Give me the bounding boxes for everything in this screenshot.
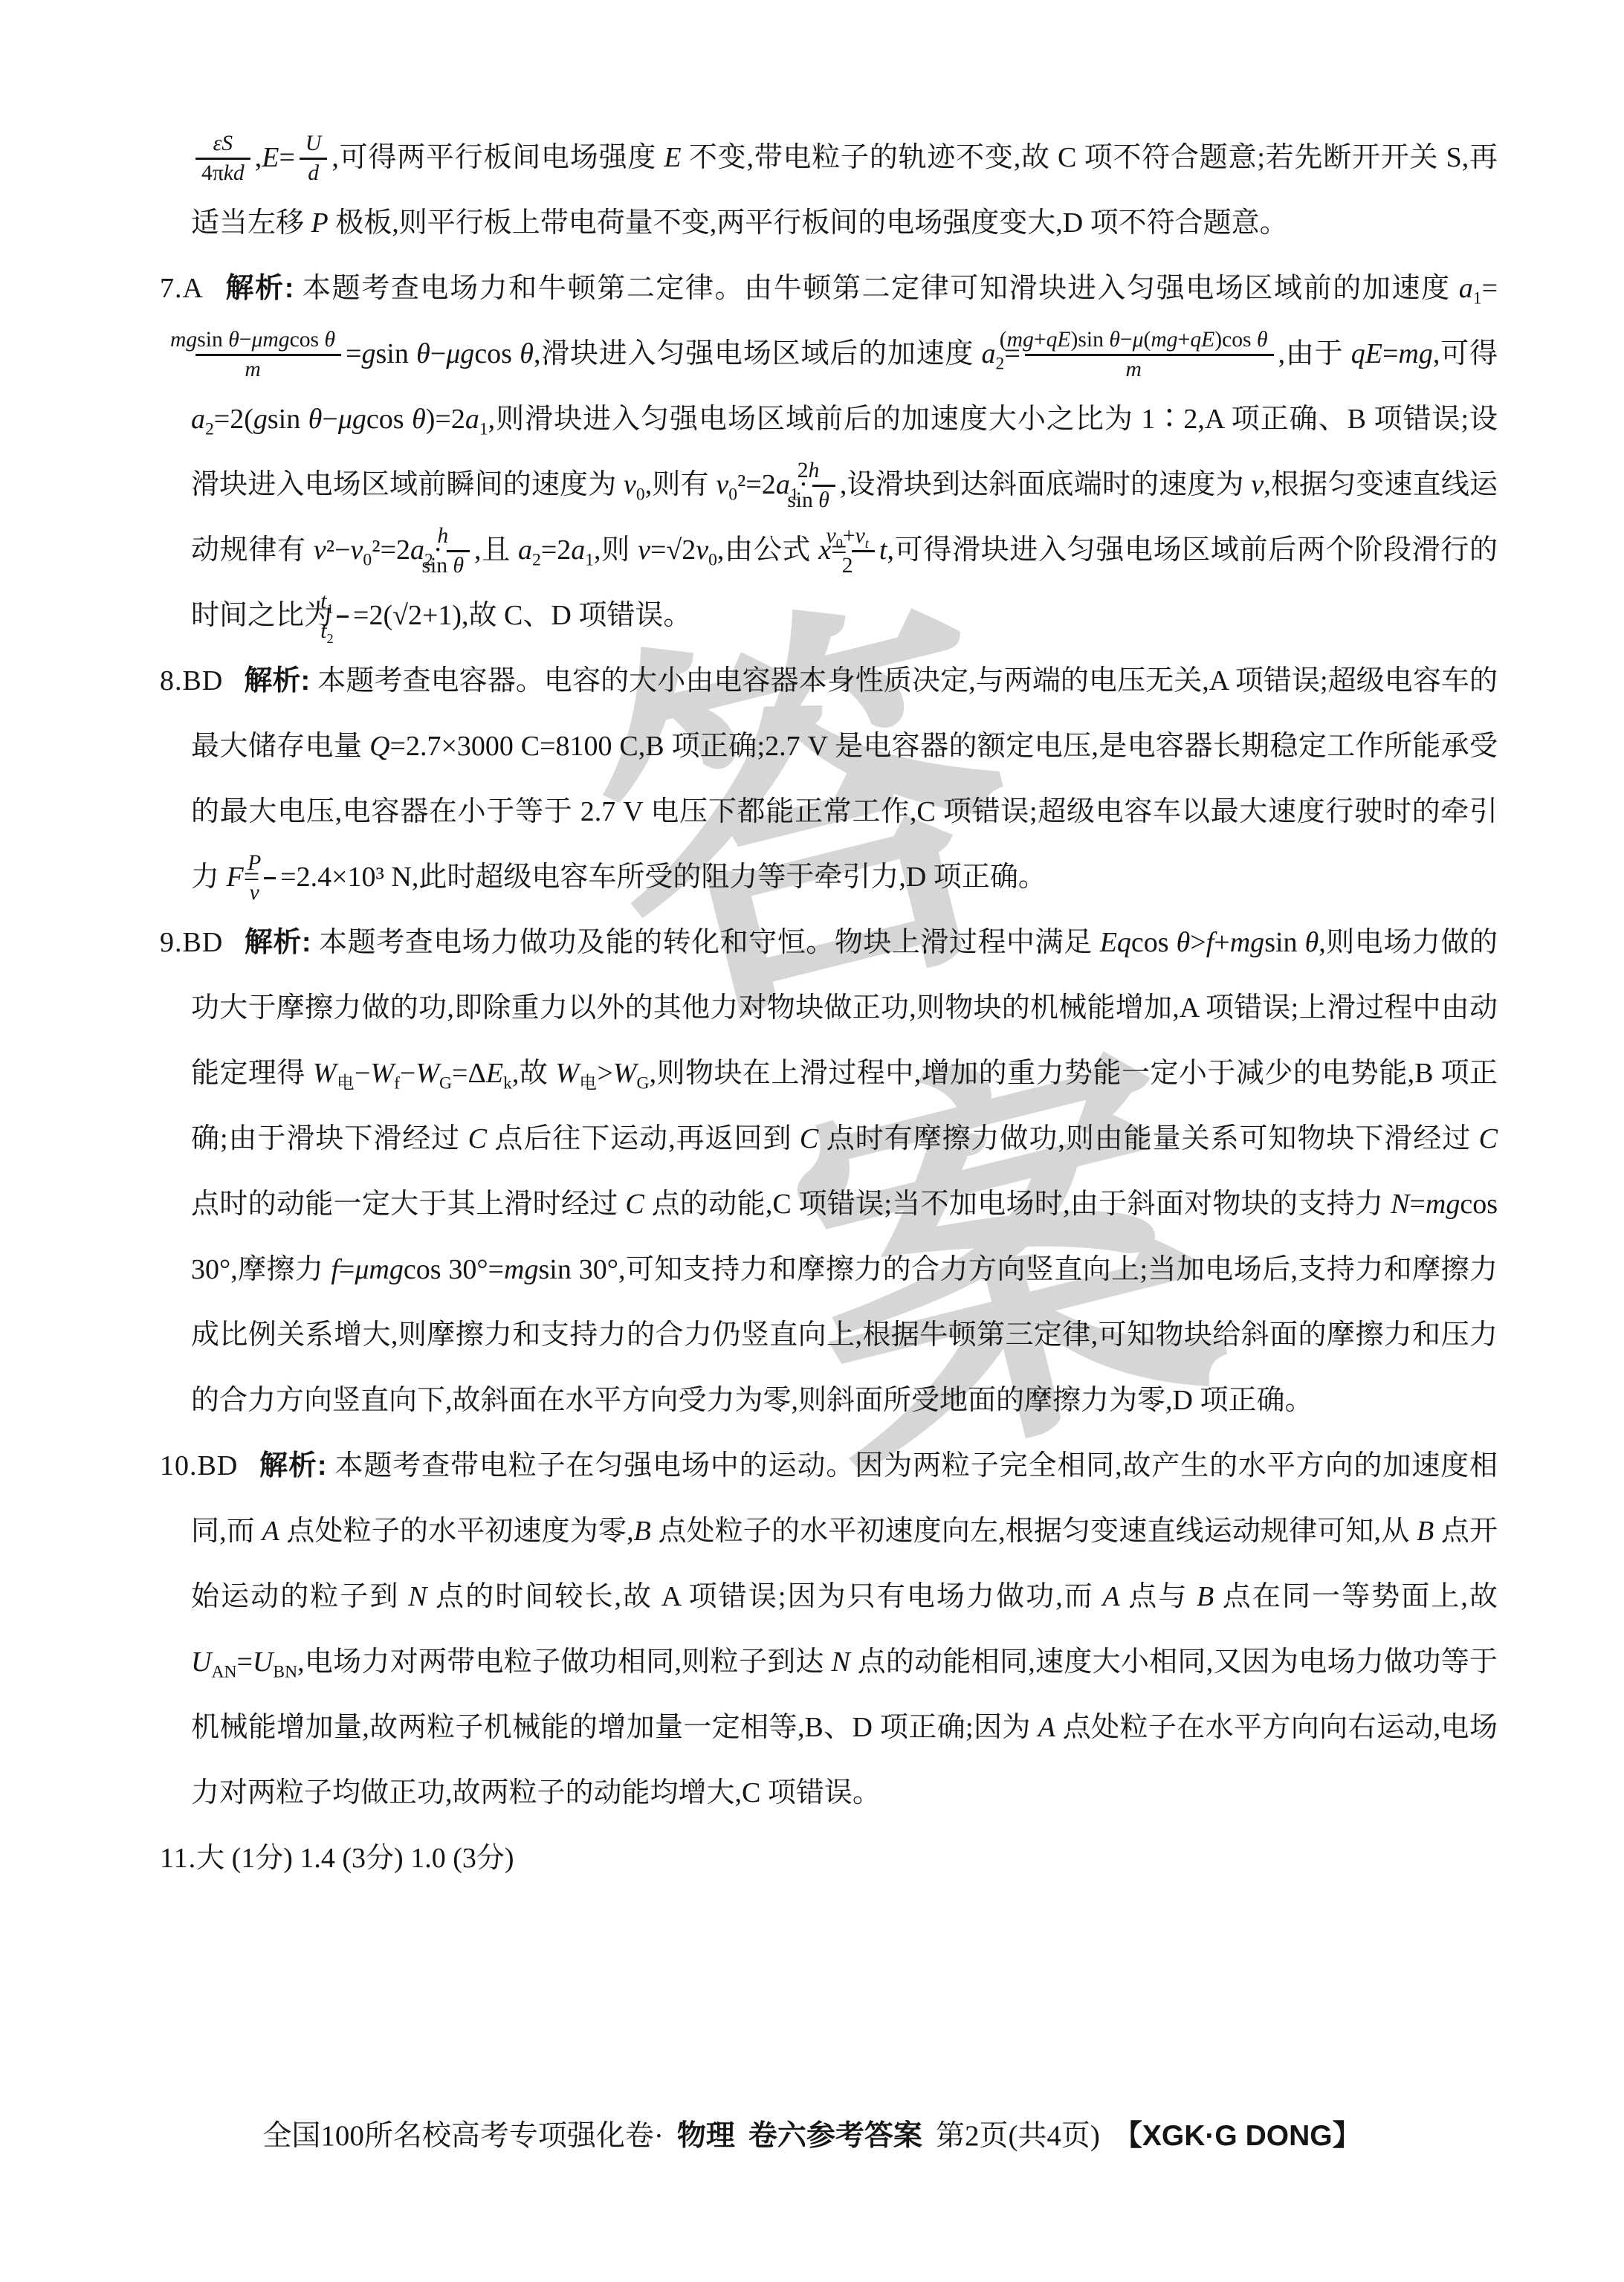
page-footer: 全国100所名校高考专项强化卷·物理卷六参考答案第2页(共4页)【XGK·G D… [0, 2113, 1624, 2154]
fraction: t1t2 [337, 590, 349, 643]
fraction: Ud [300, 132, 327, 185]
fraction: (mg+qE)sin θ−μ(mg+qE)cos θm [1025, 329, 1274, 381]
answer-paragraph: 9.BD解析:本题考查电场力做功及能的转化和守恒。物块上滑过程中满足 Eqcos… [160, 910, 1498, 1433]
question-number-answer: 10.BD [160, 1450, 238, 1481]
fraction: εS4πkd [195, 132, 250, 185]
analysis-label: 解析: [244, 665, 310, 696]
fraction: v0+vt2 [852, 525, 875, 578]
analysis-label: 解析: [244, 927, 311, 958]
footer-segment: 物理 [677, 2120, 735, 2152]
analysis-text: 大 (1分) 1.4 (3分) 1.0 (3分) [196, 1843, 514, 1874]
footer-segment: 全国100所名校高考专项强化卷· [262, 2120, 664, 2152]
footer-segment: 【XGK·G DONG】 [1113, 2120, 1362, 2152]
analysis-text: εS4πkd,E=Ud,可得两平行板间电场强度 E 不变,带电粒子的轨迹不变,故… [191, 142, 1498, 239]
answer-paragraph: 10.BD解析:本题考查带电粒子在匀强电场中的运动。因为两粒子完全相同,故产生的… [160, 1433, 1498, 1826]
fraction: 2hsin θ [812, 459, 835, 512]
analysis-label: 解析: [224, 273, 294, 304]
answer-sheet-page: 答 案 εS4πkd,E=Ud,可得两平行板间电场强度 E 不变,带电粒子的轨迹… [0, 0, 1624, 2282]
analysis-label: 解析: [259, 1450, 326, 1481]
footer-segment: 第2页(共4页) [936, 2120, 1100, 2152]
fraction: hsin θ [447, 525, 470, 578]
analysis-text: 本题考查带电粒子在匀强电场中的运动。因为两粒子完全相同,故产生的水平方向的加速度… [191, 1450, 1498, 1809]
answer-paragraph: εS4πkd,E=Ud,可得两平行板间电场强度 E 不变,带电粒子的轨迹不变,故… [160, 125, 1498, 256]
question-number-answer: 11. [160, 1843, 196, 1874]
question-number-answer: 7.A [160, 273, 204, 304]
analysis-text: 本题考查电场力做功及能的转化和守恒。物块上滑过程中满足 Eqcos θ>f+mg… [191, 927, 1498, 1416]
answer-explanations: εS4πkd,E=Ud,可得两平行板间电场强度 E 不变,带电粒子的轨迹不变,故… [160, 125, 1498, 1891]
analysis-text: 本题考查电容器。电容的大小由电容器本身性质决定,与两端的电压无关,A 项错误;超… [191, 665, 1498, 893]
analysis-text: 本题考查电场力和牛顿第二定律。由牛顿第二定律可知滑块进入匀强电场区域前的加速度 … [191, 273, 1498, 631]
fraction: Pv [264, 852, 276, 905]
answer-paragraph: 8.BD解析:本题考查电容器。电容的大小由电容器本身性质决定,与两端的电压无关,… [160, 648, 1498, 910]
footer-segment: 卷六参考答案 [748, 2120, 922, 2152]
question-number-answer: 8.BD [160, 665, 223, 696]
answer-paragraph: 11.大 (1分) 1.4 (3分) 1.0 (3分) [160, 1826, 1498, 1891]
question-number-answer: 9.BD [160, 927, 223, 958]
fraction: mgsin θ−μmgcos θm [195, 329, 341, 381]
answer-paragraph: 7.A解析:本题考查电场力和牛顿第二定律。由牛顿第二定律可知滑块进入匀强电场区域… [160, 256, 1498, 648]
